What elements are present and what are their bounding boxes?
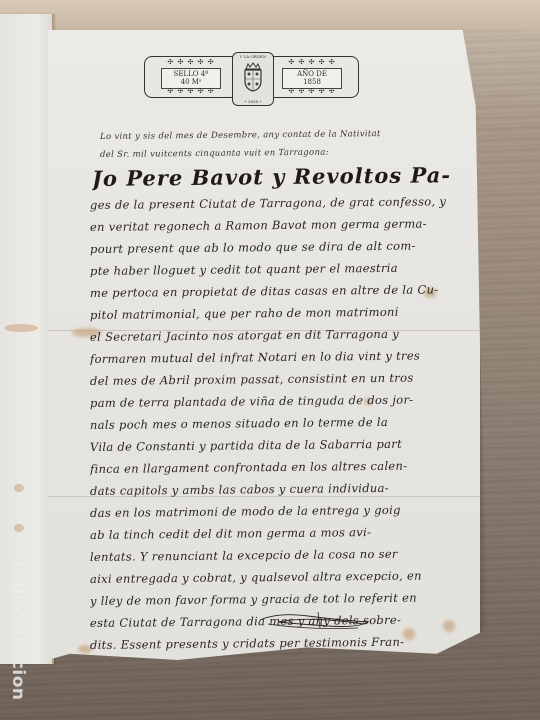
handwritten-line: Vila de Constanti y partida dita de la S… bbox=[90, 437, 402, 454]
handwritten-line: lentats. Y renunciant la excepcio de la … bbox=[90, 547, 398, 564]
stamp-ornament: ✣ ✣ ✣ ✣ ✣ bbox=[151, 59, 231, 66]
handwritten-line: das en los matrimoni de modo de la entre… bbox=[90, 503, 401, 520]
stain bbox=[14, 524, 24, 532]
stamp-ornament: ✣ ✣ ✣ ✣ ✣ bbox=[272, 59, 352, 66]
handwritten-line: ges de la present Ciutat de Tarragona, d… bbox=[90, 194, 446, 212]
stamp-ano-text: AÑO DE bbox=[283, 70, 341, 78]
stain bbox=[443, 620, 455, 632]
wooden-table-top bbox=[0, 0, 540, 30]
handwritten-line: aixi entregada y cobrat, y qualsevol alt… bbox=[90, 569, 422, 586]
handwritten-line: del mes de Abril proxim passat, consisti… bbox=[90, 371, 414, 388]
handwritten-line: pam de terra plantada de viña de tinguda… bbox=[90, 393, 414, 410]
stamp-ring-text: Y LA ORDEN bbox=[233, 54, 273, 59]
stamp-left-label: SELLO 4º 40 Mˢ bbox=[161, 68, 221, 89]
stamp-right-panel: ✣ ✣ ✣ ✣ ✣ AÑO DE 1858 ✣ ✣ ✣ ✣ ✣ bbox=[265, 56, 359, 98]
signature-flourish-icon bbox=[258, 608, 373, 632]
document-heading: Jo Pere Bavot y Revoltos Pa- bbox=[92, 162, 451, 191]
handwritten-line: en veritat regonech a Ramon Bavot mon ge… bbox=[90, 216, 427, 234]
stamp-ornament: ✣ ✣ ✣ ✣ ✣ bbox=[272, 88, 352, 95]
handwritten-line: finca en llargament confrontada en los a… bbox=[90, 459, 408, 476]
handwritten-line: ab la tinch cedit del dit mon germa a mo… bbox=[90, 525, 371, 542]
handwritten-line: pitol matrimonial, que per raho de mon m… bbox=[90, 305, 399, 322]
stamp-right-label: AÑO DE 1858 bbox=[282, 68, 342, 89]
stamp-ornament: ✣ ✣ ✣ ✣ ✣ bbox=[151, 88, 231, 95]
stamp-price-text: 40 Mˢ bbox=[162, 78, 220, 86]
handwritten-line: el Secretari Jacinto nos atorgat en dit … bbox=[90, 327, 399, 344]
watermark-text: todocoleccion bbox=[8, 561, 28, 700]
stamp-sello-text: SELLO 4º bbox=[162, 70, 220, 78]
handwritten-line: nals poch mes o menos situado en lo term… bbox=[90, 415, 388, 432]
crown-shield-icon bbox=[241, 61, 265, 93]
document-page: ✣ ✣ ✣ ✣ ✣ SELLO 4º 40 Mˢ ✣ ✣ ✣ ✣ ✣ Y LA … bbox=[48, 30, 480, 660]
handwritten-line: pte haber lloguet y cedit tot quant per … bbox=[90, 261, 398, 278]
stain bbox=[403, 628, 415, 640]
handwritten-line: me pertoca en propietat de ditas casas e… bbox=[90, 282, 439, 300]
handwritten-line: y lley de mon favor forma y gracia de to… bbox=[90, 591, 417, 608]
stamp-year-ring: • 1858 • bbox=[233, 99, 273, 104]
stamp-left-panel: ✣ ✣ ✣ ✣ ✣ SELLO 4º 40 Mˢ ✣ ✣ ✣ ✣ ✣ bbox=[144, 56, 238, 98]
stamp-coat-of-arms: Y LA ORDEN • 1858 • bbox=[232, 52, 274, 106]
stamp-year-text: 1858 bbox=[283, 78, 341, 86]
tax-stamp: ✣ ✣ ✣ ✣ ✣ SELLO 4º 40 Mˢ ✣ ✣ ✣ ✣ ✣ Y LA … bbox=[144, 52, 359, 102]
handwritten-line: Lo vint y sis del mes de Desembre, any c… bbox=[100, 129, 381, 142]
stain bbox=[4, 324, 38, 332]
handwritten-line: del Sr. mil vuitcents cinquanta vuit en … bbox=[100, 148, 329, 160]
handwritten-line: pourt present que ab lo modo que se dira… bbox=[90, 239, 416, 256]
handwritten-line: formaren mutual del infrat Notari en lo … bbox=[90, 349, 420, 366]
stain bbox=[14, 484, 24, 492]
watermark: todocoleccion bbox=[8, 548, 28, 713]
handwritten-line: dits. Essent presents y cridats per test… bbox=[90, 635, 404, 652]
